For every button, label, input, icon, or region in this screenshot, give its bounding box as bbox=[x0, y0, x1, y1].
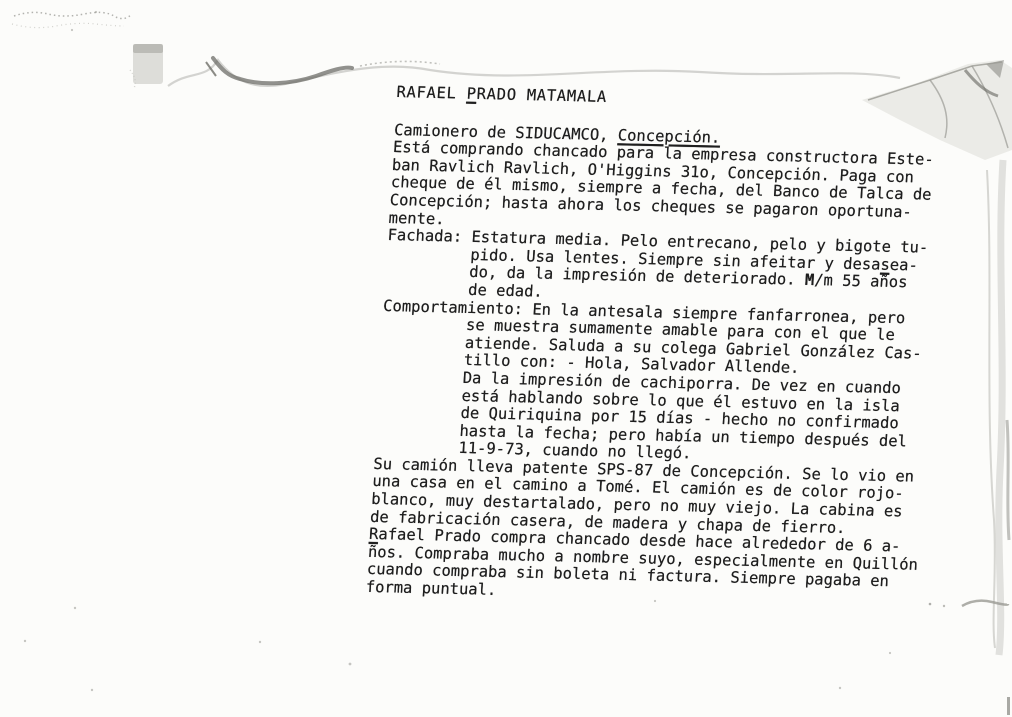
faint-speckle-text bbox=[12, 11, 132, 31]
text-segment: RADO MATAMALA bbox=[476, 85, 607, 106]
edge-tick-bottom-right bbox=[1007, 697, 1010, 715]
document-body: Camionero de SIDUCAMCO, Concepción.Está … bbox=[365, 122, 1012, 612]
scanned-document-page: RAFAEL PRADO MATAMALA Camionero de SIDUC… bbox=[0, 0, 1012, 717]
text-segment: forma puntual. bbox=[365, 578, 497, 599]
text-segment: mente. bbox=[388, 209, 445, 228]
dust-specks bbox=[24, 600, 891, 691]
torn-edge-top bbox=[168, 58, 900, 86]
typewritten-text-block: RAFAEL PRADO MATAMALA Camionero de SIDUC… bbox=[365, 84, 1012, 612]
text-segment: de edad. bbox=[468, 281, 544, 301]
text-segment: ea- bbox=[889, 256, 918, 275]
text-segment: RAFAEL bbox=[396, 83, 467, 103]
text-segment: /m 55 años bbox=[814, 271, 908, 291]
ink-smudge-patch bbox=[130, 44, 163, 88]
